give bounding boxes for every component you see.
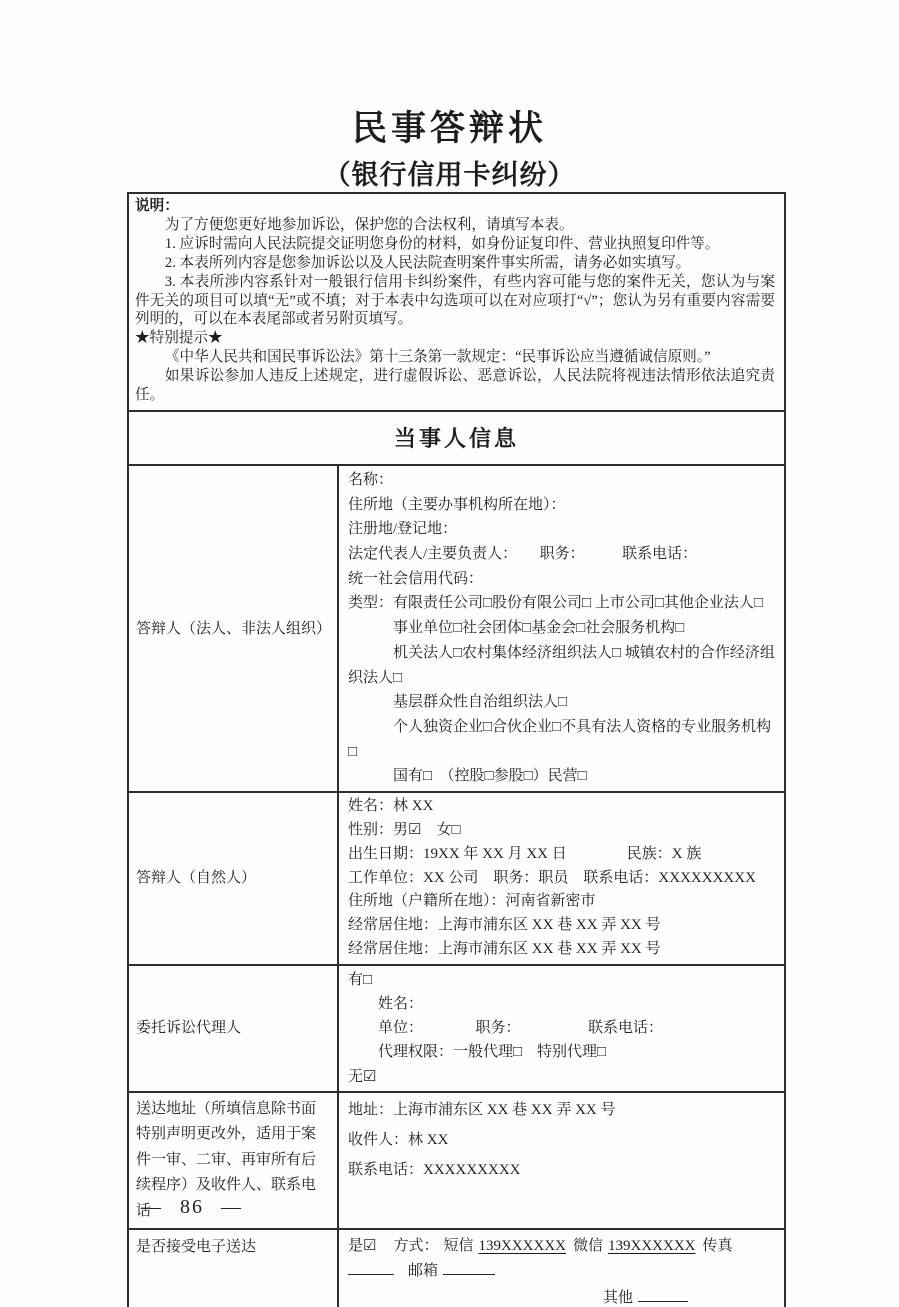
field-line: 名称： [348,468,778,493]
esd-yes-checkbox: 是☑ [348,1238,376,1254]
field-line: 姓名：林 XX [348,795,778,819]
row-content: 地址：上海市浦东区 XX 巷 XX 弄 XX 号 收件人：林 XX 联系电话：X… [339,1093,784,1228]
instructions-paragraph: 3. 本表所涉内容系针对一般银行信用卡纠纷案件，有些内容可能与您的案件无关，您认… [135,273,775,330]
electronic-service-line-other: 其他 [603,1284,778,1307]
field-line: 收件人：林 XX [348,1125,778,1155]
special-notice-paragraph: 如果诉讼参加人违反上述规定，进行虚假诉讼、恶意诉讼，人民法院将视违法情形依法追究… [135,367,775,405]
esd-fax-label: 传真 [703,1238,733,1254]
instructions-section: 说明： 为了方便您更好地参加诉讼，保护您的合法权利，请填写本表。 1. 应诉时需… [129,194,784,410]
instructions-paragraph: 1. 应诉时需向人民法院提交证明您身份的材料，如身份证复印件、营业执照复印件等。 [135,235,775,254]
esd-other-label: 其他 [603,1290,633,1306]
row-label: 是否接受电子送达 [129,1230,339,1307]
field-line: 基层群众性自治组织法人□ [348,690,778,715]
row-content: 姓名：林 XX 性别：男☑ 女□ 出生日期：19XX 年 XX 月 XX 日 民… [339,793,784,964]
row-respondent-natural-person: 答辩人（自然人） 姓名：林 XX 性别：男☑ 女□ 出生日期：19XX 年 XX… [129,791,784,964]
party-info-header: 当事人信息 [129,410,784,464]
esd-sms-label: 短信 [443,1238,473,1254]
esd-sms-value: 139XXXXXX [478,1238,566,1254]
form-table: 说明： 为了方便您更好地参加诉讼，保护您的合法权利，请填写本表。 1. 应诉时需… [127,192,786,1307]
special-notice-heading: ★特别提示★ [135,329,775,348]
esd-email-blank [443,1260,495,1275]
row-content: 名称： 住所地（主要办事机构所在地）： 注册地/登记地： 法定代表人/主要负责人… [339,466,784,791]
field-line: 性别：男☑ 女□ [348,819,778,843]
instructions-heading: 说明： [135,197,775,216]
field-line: 住所地（户籍所在地）：河南省新密市 [348,890,778,914]
esd-wechat-label: 微信 [573,1238,603,1254]
field-line: 机关法人□农村集体经济组织法人□ 城镇农村的合作经济组织法人□ [348,641,778,690]
special-notice-paragraph: 《中华人民共和国民事诉讼法》第十三条第一款规定：“民事诉讼应当遵循诚信原则。” [135,348,775,367]
field-line: 住所地（主要办事机构所在地）： [348,493,778,518]
row-label: 答辩人（自然人） [129,793,339,964]
instructions-paragraph: 2. 本表所列内容是您参加诉讼以及人民法院查明案件事实所需，请务必如实填写。 [135,254,775,273]
field-line: 经常居住地：上海市浦东区 XX 巷 XX 弄 XX 号 [348,938,778,962]
field-line: 个人独资企业□合伙企业□不具有法人资格的专业服务机构□ [348,715,778,764]
page-number: — 86 — [141,1196,243,1219]
field-line: 事业单位□社会团体□基金会□社会服务机构□ [348,616,778,641]
esd-wechat-value: 139XXXXXX [608,1238,696,1254]
instructions-paragraph: 为了方便您更好地参加诉讼，保护您的合法权利，请填写本表。 [135,216,775,235]
field-line: 联系电话：XXXXXXXXX [348,1155,778,1185]
scanned-form-page: 民事答辩状 （银行信用卡纠纷） 说明： 为了方便您更好地参加诉讼，保护您的合法权… [0,0,899,1307]
row-electronic-service: 是否接受电子送达 是☑方式：短信139XXXXXX微信139XXXXXX传真邮箱… [129,1228,784,1307]
field-line: 有□ [348,968,778,992]
row-respondent-corporate: 答辩人（法人、非法人组织） 名称： 住所地（主要办事机构所在地）： 注册地/登记… [129,464,784,791]
field-line: 法定代表人/主要负责人： 职务： 联系电话： [348,542,778,567]
field-line: 统一社会信用代码： [348,567,778,592]
field-line: 单位： 职务： 联系电话： [348,1016,778,1040]
row-litigation-agent: 委托诉讼代理人 有□ 姓名： 单位： 职务： 联系电话： 代理权限：一般代理□ … [129,964,784,1091]
row-content: 有□ 姓名： 单位： 职务： 联系电话： 代理权限：一般代理□ 特别代理□ 无☑ [339,966,784,1091]
field-line: 出生日期：19XX 年 XX 月 XX 日 民族：X 族 [348,843,778,867]
esd-other-blank [638,1287,688,1302]
field-line: 工作单位：XX 公司 职务：职员 联系电话：XXXXXXXXX [348,867,778,891]
field-line: 国有□ （控股□参股□）民营□ [348,764,778,789]
esd-fax-blank [348,1260,394,1275]
field-line: 类型：有限责任公司□股份有限公司□ 上市公司□其他企业法人□ [348,591,778,616]
document-title: 民事答辩状 [0,101,899,151]
document-subtitle: （银行信用卡纠纷） [0,153,899,192]
field-line: 注册地/登记地： [348,517,778,542]
esd-email-label: 邮箱 [408,1263,438,1279]
row-label: 答辩人（法人、非法人组织） [129,466,339,791]
field-line: 经常居住地：上海市浦东区 XX 巷 XX 弄 XX 号 [348,914,778,938]
field-line: 地址：上海市浦东区 XX 巷 XX 弄 XX 号 [348,1095,778,1125]
electronic-service-line: 是☑方式：短信139XXXXXX微信139XXXXXX传真邮箱 [348,1232,778,1284]
field-line: 无☑ [348,1065,778,1089]
row-content: 是☑方式：短信139XXXXXX微信139XXXXXX传真邮箱 其他 [339,1230,784,1307]
esd-method-label: 方式： [393,1238,438,1254]
row-label: 委托诉讼代理人 [129,966,339,1091]
field-line: 代理权限：一般代理□ 特别代理□ [348,1040,778,1064]
field-line: 姓名： [348,992,778,1016]
